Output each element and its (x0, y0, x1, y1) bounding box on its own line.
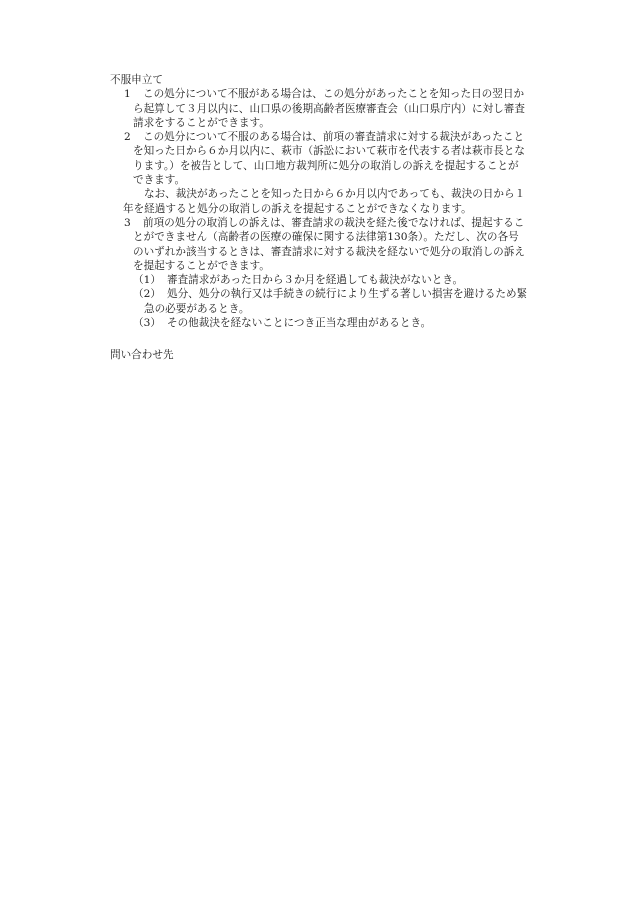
subitem-number: （3） (133, 316, 161, 330)
item-line: とができません（高齢者の医療の確保に関する法律第130条）。ただし、次の各号 (133, 230, 570, 244)
subitem-number: （2） (133, 287, 161, 301)
item-line: ります。）を被告として、山口地方裁判所に処分の取消しの訴えを提起することが (133, 159, 570, 173)
subitem-line: 審査請求があった日から３か月を経過しても裁決がないとき。 (167, 273, 570, 287)
section-gap (110, 330, 570, 348)
note-line: 年を経過すると処分の取消しの訴えを提起することができなくなります。 (123, 202, 570, 216)
item-line: ら起算して３月以内に、山口県の後期高齢者医療審査会（山口県庁内）に対し審査 (133, 102, 570, 116)
subitem-2: （2） 処分、処分の執行又は手続きの続行により生ずる著しい損害を避けるため緊 急… (110, 287, 570, 316)
item-number: 1 (124, 87, 131, 101)
item-line: 前項の処分の取消しの訴えは、審査請求の裁決を経た後でなければ、提起するこ (133, 216, 570, 230)
item-line: 請求をすることができます。 (133, 116, 570, 130)
contact-heading: 問い合わせ先 (110, 348, 570, 362)
document-page: 不服申立て 1 この処分について不服がある場合は、この処分があったことを知った日… (110, 73, 570, 363)
objection-heading: 不服申立て (110, 73, 570, 87)
objection-item-2: 2 この処分について不服のある場合は、前項の審査請求に対する裁決があったこと を… (110, 130, 570, 216)
item-line: この処分について不服のある場合は、前項の審査請求に対する裁決があったこと (133, 130, 570, 144)
item-number: 2 (124, 130, 131, 144)
subitem-number: （1） (133, 273, 161, 287)
item-line: この処分について不服がある場合は、この処分があったことを知った日の翌日か (133, 87, 570, 101)
subitem-line: その他裁決を経ないことにつき正当な理由があるとき。 (167, 316, 570, 330)
item-line: を提起することができます。 (133, 259, 570, 273)
note-line: なお、裁決があったことを知った日から６か月以内であっても、裁決の日から１ (133, 187, 570, 201)
item-number: 3 (124, 216, 131, 230)
objection-item-1: 1 この処分について不服がある場合は、この処分があったことを知った日の翌日か ら… (110, 87, 570, 130)
subitem-1: （1） 審査請求があった日から３か月を経過しても裁決がないとき。 (110, 273, 570, 287)
subitem-3: （3） その他裁決を経ないことにつき正当な理由があるとき。 (110, 316, 570, 330)
subitem-line: 処分、処分の執行又は手続きの続行により生ずる著しい損害を避けるため緊 (167, 287, 570, 301)
item-line: のいずれか該当するときは、審査請求に対する裁決を経ないで処分の取消しの訴え (133, 245, 570, 259)
subitem-line: 急の必要があるとき。 (144, 302, 570, 316)
item-line: できます。 (133, 173, 570, 187)
item-line: を知った日から６か月以内に、萩市（訴訟において萩市を代表する者は萩市長とな (133, 144, 570, 158)
objection-item-3: 3 前項の処分の取消しの訴えは、審査請求の裁決を経た後でなければ、提起するこ と… (110, 216, 570, 273)
